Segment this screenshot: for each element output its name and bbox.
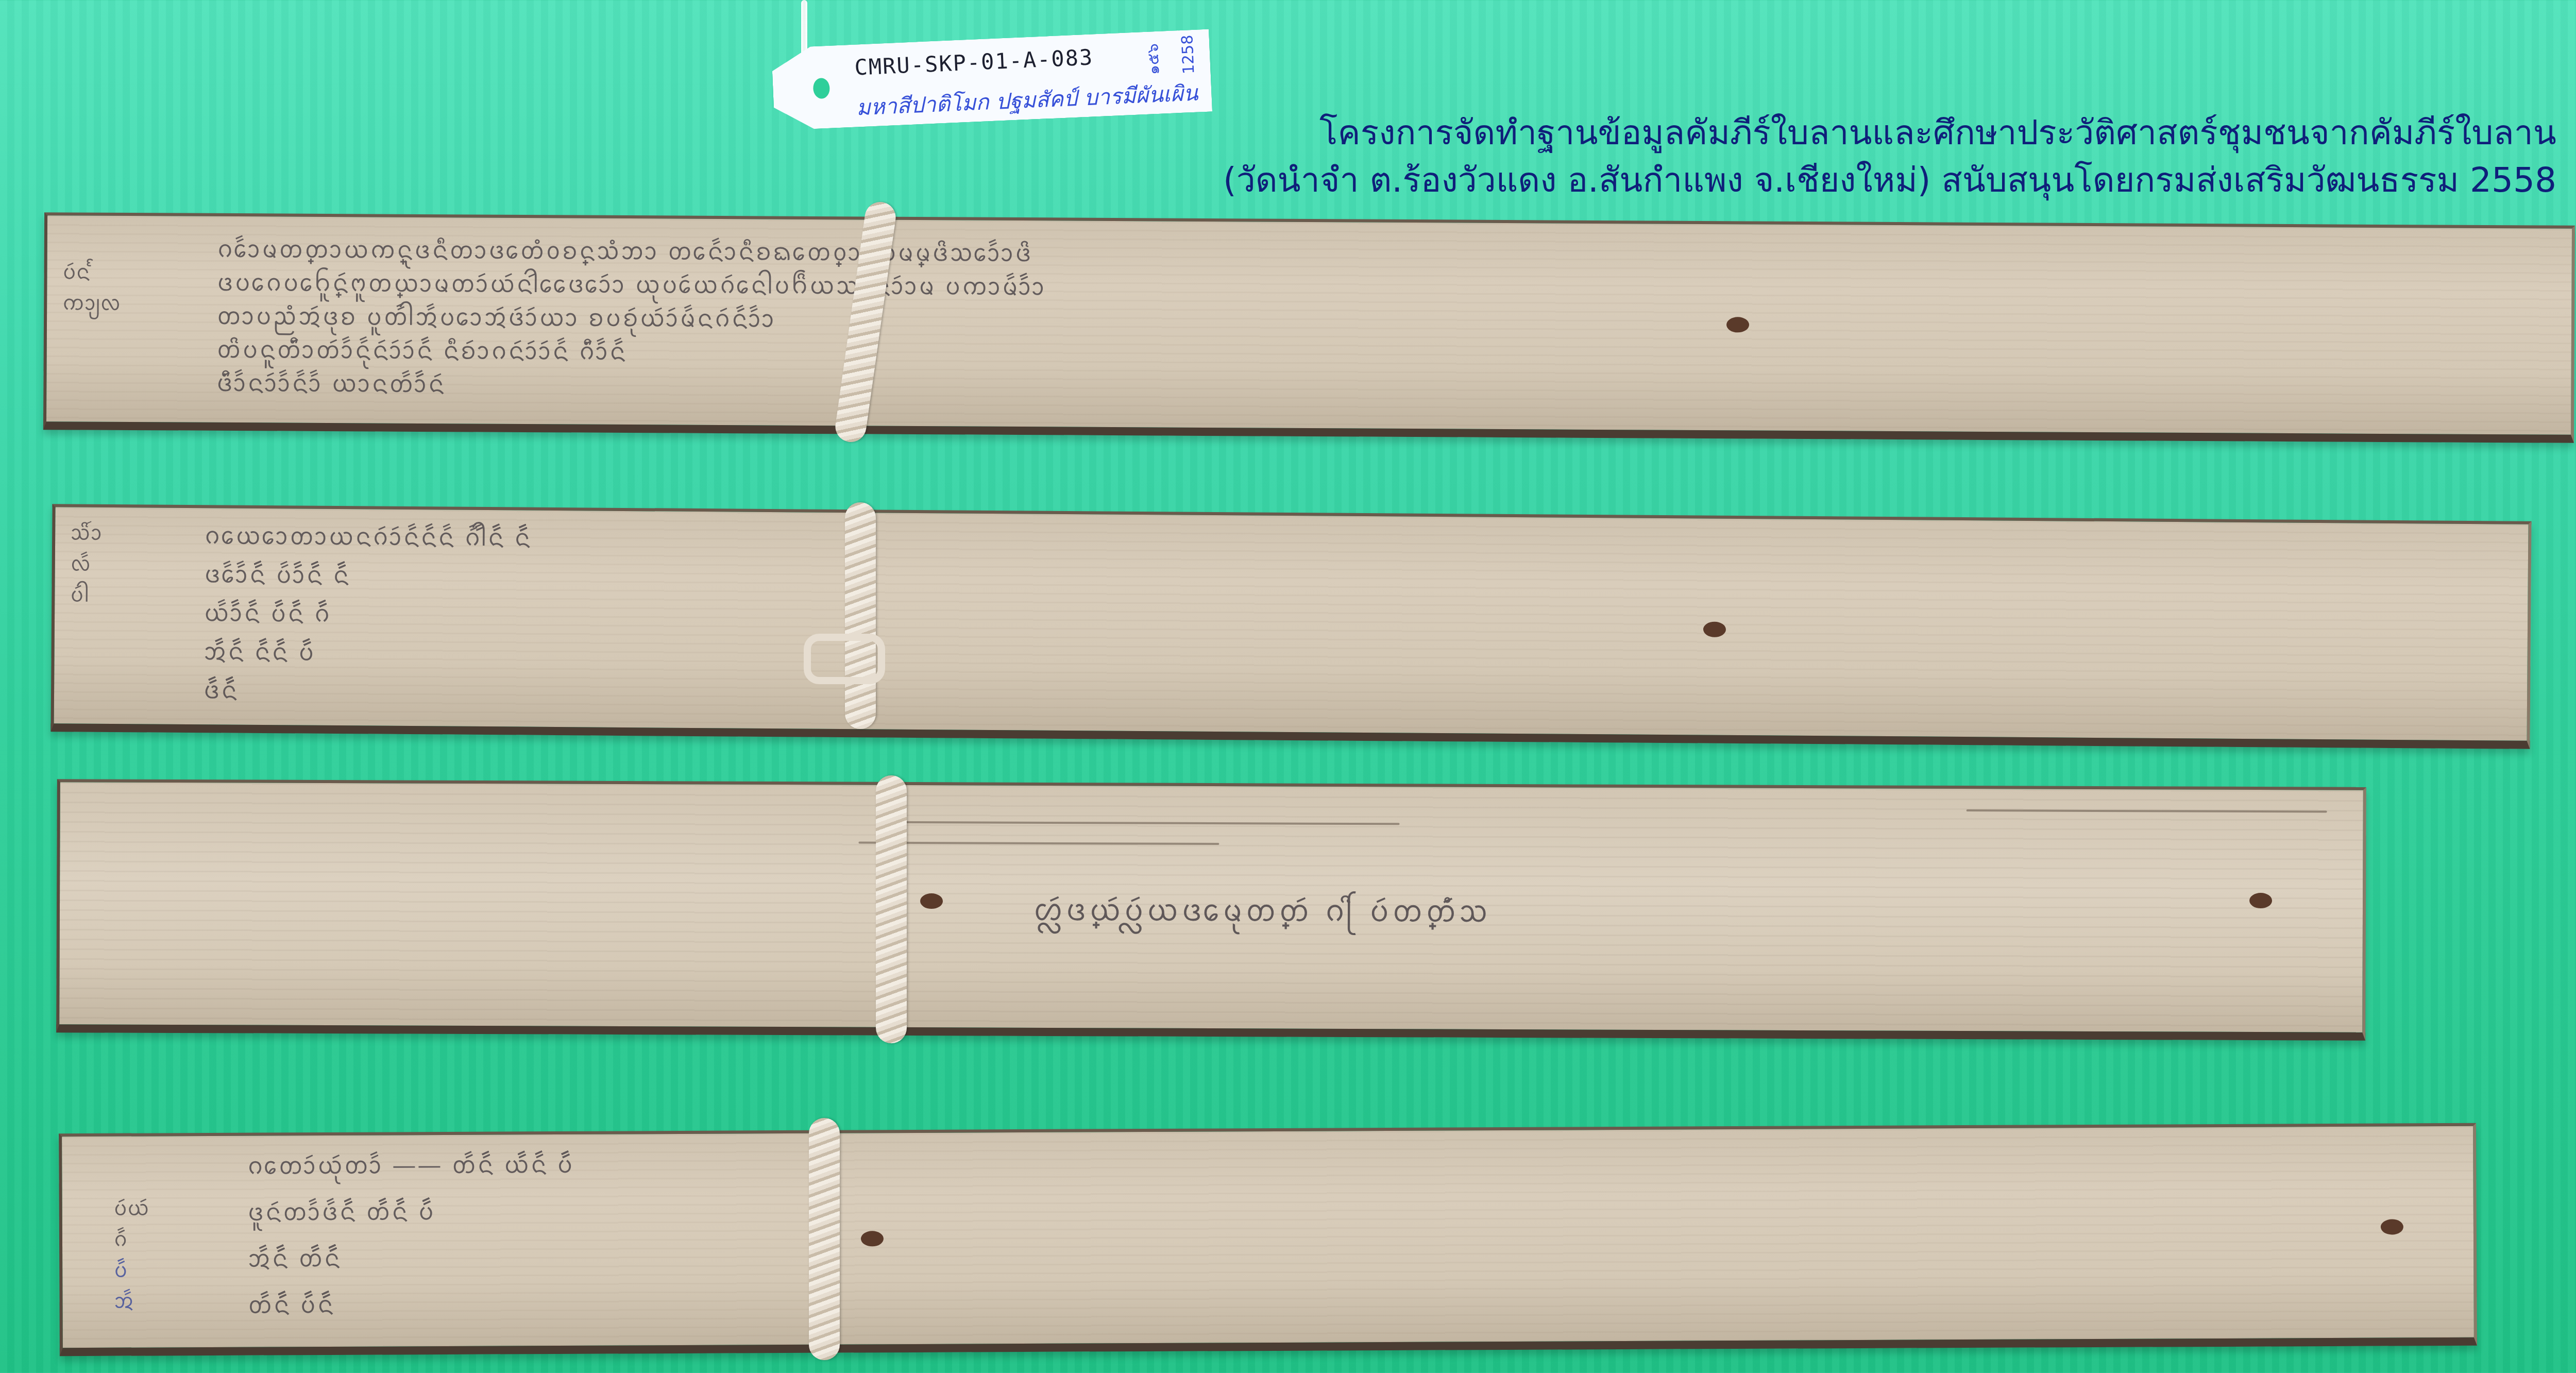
tag-number-thai: ๑๕๖ bbox=[1141, 43, 1166, 75]
identification-tag: CMRU-SKP-01-A-083 มหาสีปาติโมก ปฐมสัคป์ … bbox=[771, 29, 1212, 131]
leaf-crack bbox=[1967, 809, 2327, 812]
cover-title: ᩉᩖᩢᨴ᩠ᨿᩢᨷᩖᩢᨿᨴᩮᨾᩩᨲ᩠ᨲᩢ ᨣᩕᩦ ᨷᩢᨲ᩠ᨲᩢᩴᩈ bbox=[1033, 889, 1491, 938]
tag-hole bbox=[813, 78, 831, 99]
leaf-1-margin-note: ᨷᩢᨶᩘ ᨠᩣ᩠ᨿᩃ bbox=[62, 257, 121, 319]
tag-title: มหาสีปาติโมก ปฐมสัคป์ บารมีผันเผิน bbox=[856, 76, 1199, 125]
leaf-crack bbox=[885, 821, 1400, 825]
binding-cord-3 bbox=[876, 775, 907, 1043]
leaf-1-line: ᨴᩥᩢᩣᩢᩢᨶᩣᩢᩣᩢᩢᨶᩢᩢᩣᩢᩢ ᨿᩣᨶᨲᩢᩢᩣᩢᩢᩢᩢᩢᨶᩢ bbox=[216, 366, 446, 404]
manuscript-leaf-2: ᩈᩦᩢᩣ ᩃᩢᩢ ᨷᩢᩤ ᨣᩮᨿᩮᩣᨲᩣᨿᨶᨣᩢᩣᩢᨶᩢᩢᩢᨶᩢᩢᩢᩢᨶᩢᩢ ᨣ… bbox=[51, 504, 2532, 749]
leaf-2-line: ᨿᩢᩢᩣᩢᩢᩢᩢᩢᩢᨶᩢᩢᩢᩢᩢᩢ ᨷᩢᩢᩢᩢᩢᩢᩢᩢᩢᨶᩢᩢᩢᩢᩢᩢᩢᩢᩢᩢᩢ… bbox=[204, 596, 332, 634]
binding-hole bbox=[2381, 1219, 2403, 1234]
leaf-4-line: ᩋᩢᩢᩢᩢᨶᩢᩢᩢᩢᩢᩢᩢᩢᩢᩢᩢᩢᩢᩢᩢ ᨲᩢᩢᩢᩢᩢᩢᩢᩢᨶᩢᩢᩢᩢᩢᩢᩢᩢ… bbox=[248, 1241, 342, 1279]
binding-cord-2-loop bbox=[804, 634, 885, 684]
leaf-4-margin-note: ᨷᩢᨿᩢ ᨣᩢᩢᩢ bbox=[114, 1193, 149, 1255]
leaf-crack bbox=[858, 842, 1219, 845]
leaf-2-line: ᨣᩮᨿᩮᩣᨲᩣᨿᨶᨣᩢᩣᩢᨶᩢᩢᩢᨶᩢᩢᩢᩢᨶᩢᩢ ᨣᩢᩢᩤᩢᩢᩢᨶᩢᩢᩢᩢᩢᩢ… bbox=[205, 518, 532, 558]
leaf-2-line: ᩋᩢᩢᩢᩢᩢᩢᩢᩢᨶᩢᩢᩢᩢᩢᩢᩢ ᨶᩢᩢᩢᩢᩢᩢᩢᩢᩢᩢᨶᩢᩢᩢᩢᩢᩢᩢᩢᩢᩢ… bbox=[204, 634, 316, 673]
caption-line-1: โครงการจัดทำฐานข้อมูลคัมภีร์ใบลานและศึกษ… bbox=[1223, 109, 2556, 157]
leaf-4-margin-note-blue: ᨷᩢᩢᩢᩢ ᩋᩢᩢ bbox=[114, 1255, 134, 1317]
binding-hole bbox=[2249, 893, 2272, 908]
binding-cord-2 bbox=[845, 502, 876, 729]
binding-cord-4 bbox=[809, 1118, 840, 1360]
manuscript-leaf-4: ᨷᩢᨿᩢ ᨣᩢᩢᩢ ᨷᩢᩢᩢᩢ ᩋᩢᩢ ᨣᩮᨲᩣᩢᨿᩩᩢᨲᩣᩢᩢ —— ᨲᩢᩢᩢ… bbox=[59, 1123, 2477, 1356]
tag-number: 1258 bbox=[1178, 35, 1198, 75]
tag-code: CMRU-SKP-01-A-083 bbox=[854, 44, 1094, 80]
leaf-2-line: ᨴᩮᩢᩢᩣᩢᩢᩢᨶᩢᩢᩢᩢᩢᩢᩢᩢᩢᩢᩢᩢ ᨷᩢᩢᩣᩢᩢᩢᩢᩢᨶᩢᩢᩢᩢᩢᩢᩢᩢ… bbox=[204, 557, 350, 596]
caption-line-2: (วัดนำจำ ต.ร้องวัวแดง อ.สันกำแพง จ.เชียง… bbox=[1223, 157, 2556, 204]
binding-hole bbox=[1703, 622, 1726, 637]
leaf-4-line: ᨲᩢᩢᩢᩢᨶᩢᩢᩢᩢᩢᩢᩢᩢᩢᩢᩢᩢᩢᩢᩢᩢᩢ ᨷᩢᩢᩢᩢᩢᩢᩢᩢᨶᩢᩢᩢᩢᩢᩢ… bbox=[248, 1287, 335, 1326]
binding-hole bbox=[920, 893, 943, 909]
leaf-4-line: ᨣᩮᨲᩣᩢᨿᩩᩢᨲᩣᩢᩢ —— ᨲᩢᩢᩢᨶᩢᩢᩢᩢᩢᩢᩢᩢ ᨿᩢᩢᩢᩢᩢᩢᩢᨶᩢ… bbox=[247, 1147, 574, 1186]
leaf-2-line: ᨴᩢᩢᩢᩢᩢᩢᩢᩢᩢᩢᩢᩢᩢᨶᩢᩢᩢᩢᩢᩢᩢᩢᩢᩢᩢᩢᩢᩢᩢᩢᩢᩢᩢᩢᩢᩢᩢᩢᩢ… bbox=[204, 673, 239, 710]
leaf-2-margin-note: ᩈᩦᩢᩣ ᩃᩢᩢ ᨷᩢᩤ bbox=[70, 517, 102, 610]
binding-hole bbox=[1726, 317, 1749, 332]
project-caption: โครงการจัดทำฐานข้อมูลคัมภีร์ใบลานและศึกษ… bbox=[1223, 109, 2556, 204]
manuscript-leaf-3-cover: ᩉᩖᩢᨴ᩠ᨿᩢᨷᩖᩢᨿᨴᩮᨾᩩᨲ᩠ᨲᩢ ᨣᩕᩦ ᨷᩢᨲ᩠ᨲᩢᩴᩈ bbox=[56, 779, 2366, 1041]
leaf-4-line: ᨴᩪᨶᩢᨲᩣᩢᩢᨴᩢᩢᨶᩢᩢᩢᩢᩢᩢᩢᩢᩢ ᨲᩢᩢᩢᩢᩢᩢᩢᩢᨶᩢᩢᩢᩢᩢᩢᩢᩢ… bbox=[248, 1194, 436, 1233]
binding-hole bbox=[861, 1231, 884, 1246]
manuscript-leaf-1: ᨷᩢᨶᩘ ᨠᩣ᩠ᨿᩃ ᨣᩮᩢᩢᩣᨾᨲ᩠ᨲᩣᨿᨠ᩠ᨶᩩᨴᨶᩥᨲᩣᨴᩮᨲᩴᩅᨧ᩠ᨶᩈ… bbox=[43, 212, 2575, 443]
